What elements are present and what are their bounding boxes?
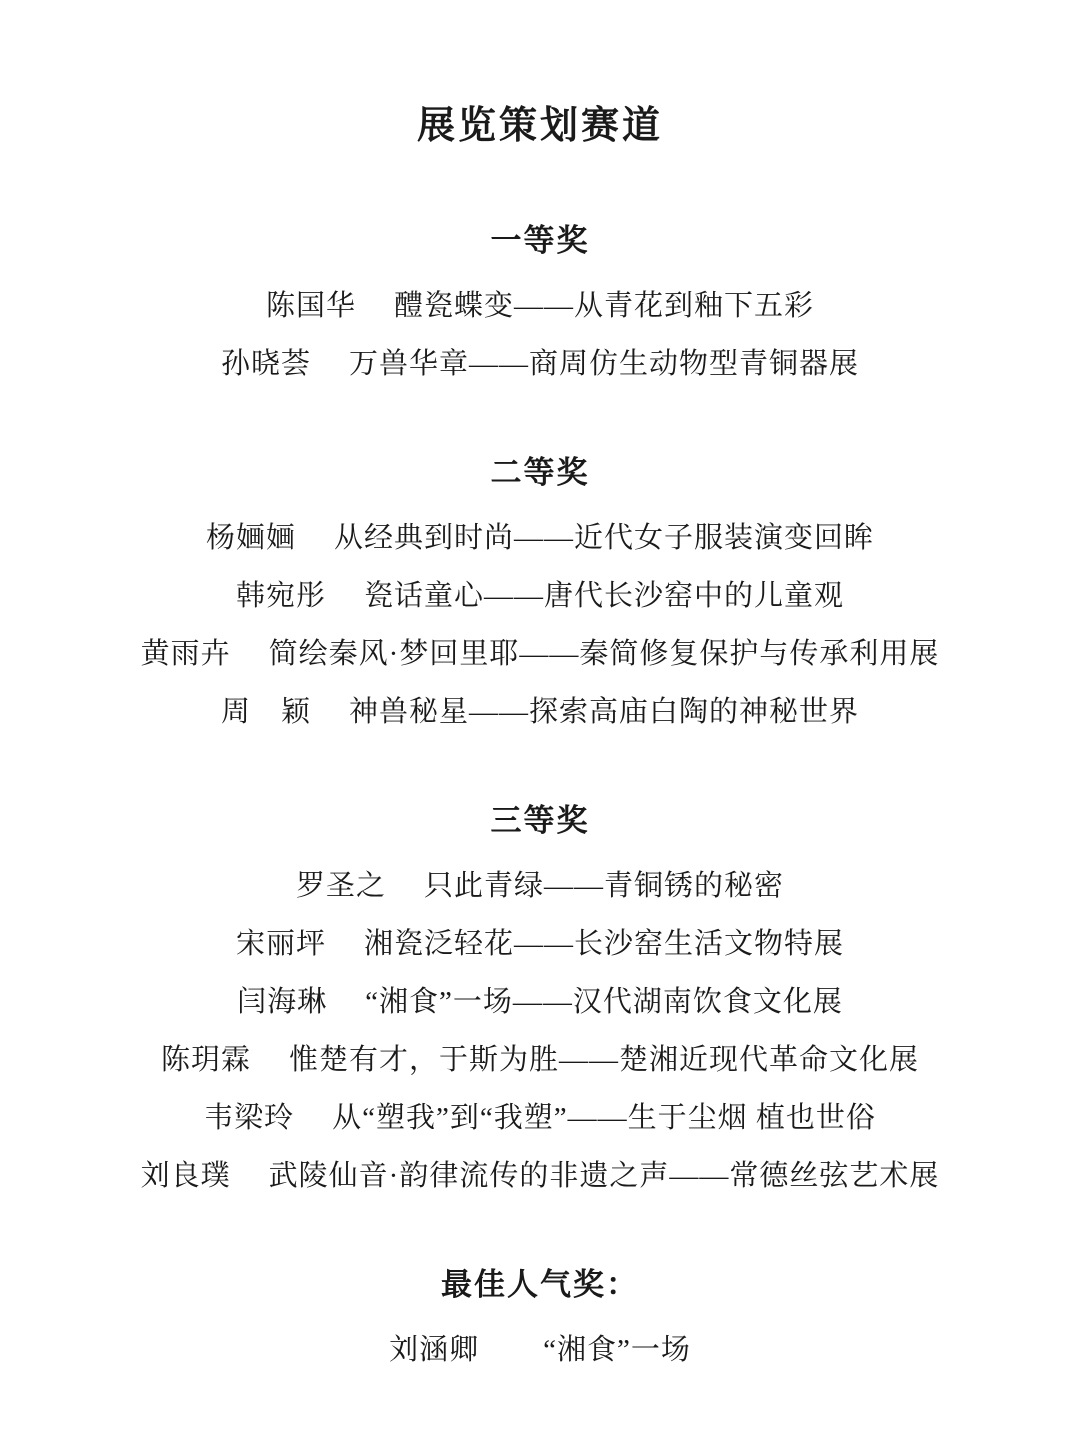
- work-title: 惟楚有才，于斯为胜——楚湘近现代革命文化展: [289, 1045, 919, 1076]
- award-entry: 陈玥霖惟楚有才，于斯为胜——楚湘近现代革命文化展: [0, 1045, 1080, 1076]
- award-entry: 杨婳婳从经典到时尚——近代女子服装演变回眸: [0, 523, 1080, 554]
- page-title: 展览策划赛道: [0, 104, 1080, 148]
- winner-name: 闫海琳: [237, 987, 327, 1018]
- work-title: 湘瓷泛轻花——长沙窑生活文物特展: [364, 929, 844, 960]
- award-entry: 孙晓荟万兽华章——商周仿生动物型青铜器展: [0, 349, 1080, 380]
- winner-name: 罗圣之: [296, 871, 386, 902]
- award-section: 二等奖 杨婳婳从经典到时尚——近代女子服装演变回眸 韩宛彤瓷话童心——唐代长沙窑…: [0, 456, 1080, 728]
- award-heading: 二等奖: [0, 456, 1080, 490]
- award-sections: 一等奖 陈国华醴瓷蝶变——从青花到釉下五彩 孙晓荟万兽华章——商周仿生动物型青铜…: [0, 224, 1080, 1366]
- work-title: “湘食”一场: [543, 1335, 691, 1366]
- award-section: 最佳人气奖： 刘涵卿“湘食”一场: [0, 1268, 1080, 1366]
- award-document: 展览策划赛道 一等奖 陈国华醴瓷蝶变——从青花到釉下五彩 孙晓荟万兽华章——商周…: [0, 0, 1080, 1439]
- winner-name: 黄雨卉: [141, 639, 231, 670]
- work-title: 简绘秦风·梦回里耶——秦简修复保护与传承利用展: [269, 639, 940, 670]
- winner-name: 杨婳婳: [206, 523, 296, 554]
- work-title: 只此青绿——青铜锈的秘密: [424, 871, 784, 902]
- winner-name: 周 颖: [221, 697, 311, 728]
- winner-name: 刘良璞: [141, 1161, 231, 1192]
- award-entry: 宋丽坪湘瓷泛轻花——长沙窑生活文物特展: [0, 929, 1080, 960]
- award-entry: 韦梁玲从“塑我”到“我塑”——生于尘烟 植也世俗: [0, 1103, 1080, 1134]
- award-entries: 罗圣之只此青绿——青铜锈的秘密 宋丽坪湘瓷泛轻花——长沙窑生活文物特展 闫海琳“…: [0, 871, 1080, 1192]
- award-entry: 闫海琳“湘食”一场——汉代湖南饮食文化展: [0, 987, 1080, 1018]
- winner-name: 陈国华: [266, 291, 356, 322]
- winner-name: 陈玥霖: [161, 1045, 251, 1076]
- award-entry: 韩宛彤瓷话童心——唐代长沙窑中的儿童观: [0, 581, 1080, 612]
- work-title: 武陵仙音·韵律流传的非遗之声——常德丝弦艺术展: [269, 1161, 940, 1192]
- winner-name: 孙晓荟: [221, 349, 311, 380]
- award-entries: 杨婳婳从经典到时尚——近代女子服装演变回眸 韩宛彤瓷话童心——唐代长沙窑中的儿童…: [0, 523, 1080, 728]
- winner-name: 宋丽坪: [236, 929, 326, 960]
- winner-name: 韩宛彤: [236, 581, 326, 612]
- award-heading: 一等奖: [0, 224, 1080, 258]
- work-title: 瓷话童心——唐代长沙窑中的儿童观: [364, 581, 844, 612]
- award-entry: 刘涵卿“湘食”一场: [0, 1335, 1080, 1366]
- award-entry: 黄雨卉简绘秦风·梦回里耶——秦简修复保护与传承利用展: [0, 639, 1080, 670]
- award-entry: 周 颖神兽秘星——探索高庙白陶的神秘世界: [0, 697, 1080, 728]
- award-entries: 刘涵卿“湘食”一场: [0, 1335, 1080, 1366]
- award-entries: 陈国华醴瓷蝶变——从青花到釉下五彩 孙晓荟万兽华章——商周仿生动物型青铜器展: [0, 291, 1080, 380]
- award-entry: 陈国华醴瓷蝶变——从青花到釉下五彩: [0, 291, 1080, 322]
- work-title: “湘食”一场——汉代湖南饮食文化展: [365, 987, 843, 1018]
- award-entry: 刘良璞武陵仙音·韵律流传的非遗之声——常德丝弦艺术展: [0, 1161, 1080, 1192]
- work-title: 神兽秘星——探索高庙白陶的神秘世界: [349, 697, 859, 728]
- award-heading: 三等奖: [0, 804, 1080, 838]
- work-title: 从经典到时尚——近代女子服装演变回眸: [334, 523, 874, 554]
- award-entry: 罗圣之只此青绿——青铜锈的秘密: [0, 871, 1080, 902]
- award-section: 一等奖 陈国华醴瓷蝶变——从青花到釉下五彩 孙晓荟万兽华章——商周仿生动物型青铜…: [0, 224, 1080, 380]
- work-title: 从“塑我”到“我塑”——生于尘烟 植也世俗: [332, 1103, 876, 1134]
- work-title: 万兽华章——商周仿生动物型青铜器展: [349, 349, 859, 380]
- award-heading: 最佳人气奖：: [0, 1268, 1080, 1302]
- winner-name: 韦梁玲: [204, 1103, 294, 1134]
- work-title: 醴瓷蝶变——从青花到釉下五彩: [394, 291, 814, 322]
- winner-name: 刘涵卿: [389, 1335, 479, 1366]
- award-section: 三等奖 罗圣之只此青绿——青铜锈的秘密 宋丽坪湘瓷泛轻花——长沙窑生活文物特展 …: [0, 804, 1080, 1192]
